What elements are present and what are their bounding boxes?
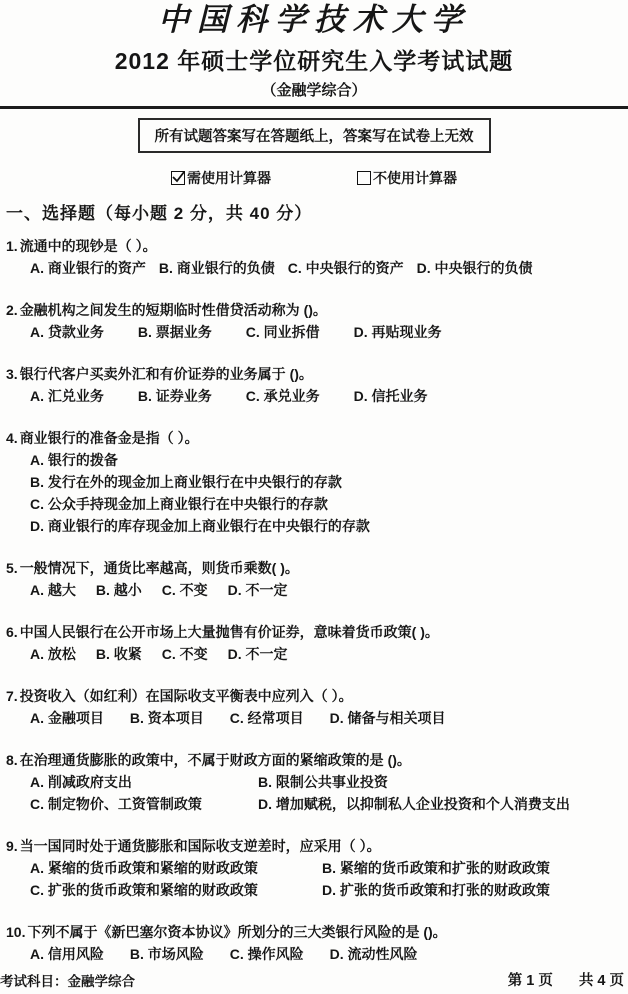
option-row: A. 越大B. 越小C. 不变D. 不一定	[6, 579, 624, 601]
option-row: A. 汇兑业务B. 证券业务C. 承兑业务D. 信托业务	[6, 385, 624, 407]
notice-row: 所有试题答案写在答题纸上，答案写在试卷上无效	[0, 118, 628, 153]
option: D. 信托业务	[354, 385, 428, 407]
question-number: 2.	[6, 302, 18, 318]
question-text: 10.下列不属于《新巴塞尔资本协议》所划分的三大类银行风险的是 ()。	[6, 921, 624, 943]
option: D. 增加赋税，以抑制私人企业投资和个人消费支出	[258, 793, 570, 815]
option: A. 越大	[30, 579, 76, 601]
question-9: 9.当一国同时处于通货膨胀和国际收支逆差时，应采用（ ）。A. 紧缩的货币政策和…	[6, 835, 624, 901]
option: A. 放松	[30, 643, 76, 665]
option: C. 不变	[162, 579, 208, 601]
question-stem: 在治理通货膨胀的政策中，不属于财政方面的紧缩政策的是 ()。	[20, 752, 411, 768]
question-number: 7.	[6, 688, 18, 704]
question-10: 10.下列不属于《新巴塞尔资本协议》所划分的三大类银行风险的是 ()。A. 信用…	[6, 921, 624, 965]
option-row: A. 贷款业务B. 票据业务C. 同业拆借D. 再贴现业务	[6, 321, 624, 343]
option: A. 信用风险	[30, 943, 104, 965]
option: C. 公众手持现金加上商业银行在中央银行的存款	[30, 493, 328, 515]
option: C. 同业拆借	[246, 321, 320, 343]
option: C. 操作风险	[230, 943, 304, 965]
option: D. 商业银行的库存现金加上商业银行在中央银行的存款	[30, 515, 370, 537]
option-row: A. 商业银行的资产B. 商业银行的负债C. 中央银行的资产D. 中央银行的负债	[6, 257, 624, 279]
question-text: 4.商业银行的准备金是指（ ）。	[6, 427, 624, 449]
question-1: 1.流通中的现钞是（ ）。A. 商业银行的资产B. 商业银行的负债C. 中央银行…	[6, 235, 624, 279]
option: B. 票据业务	[138, 321, 212, 343]
footer-subject: 考试科目：金融学综合	[0, 970, 135, 990]
option: D. 扩张的货币政策和打张的财政政策	[322, 879, 550, 901]
option-row: C. 扩张的货币政策和紧缩的财政政策D. 扩张的货币政策和打张的财政政策	[6, 879, 624, 901]
question-stem: 投资收入（如红利）在国际收支平衡表中应列入（ ）。	[20, 688, 353, 704]
calculator-not-required-label: 不使用计算器	[373, 168, 457, 188]
question-number: 10.	[6, 924, 25, 940]
option: C. 中央银行的资产	[288, 257, 404, 279]
footer-total-pages: 共 4 页	[579, 969, 624, 990]
question-stem: 中国人民银行在公开市场上大量抛售有价证券，意味着货币政策( )。	[20, 624, 439, 640]
option: C. 经常项目	[230, 707, 304, 729]
question-number: 3.	[6, 366, 18, 382]
calculator-required-label: 需使用计算器	[187, 168, 271, 188]
footer-page-numbers: 第 1 页 共 4 页	[508, 969, 626, 990]
question-stem: 一般情况下，通货比率越高，则货币乘数( )。	[20, 560, 299, 576]
exam-subject: （金融学综合）	[0, 81, 628, 100]
question-3: 3.银行代客户买卖外汇和有价证券的业务属于 ()。A. 汇兑业务B. 证券业务C…	[6, 363, 624, 407]
question-2: 2.金融机构之间发生的短期临时性借贷活动称为 ()。A. 贷款业务B. 票据业务…	[6, 299, 624, 343]
option-row: C. 制定物价、工资管制政策D. 增加赋税，以抑制私人企业投资和个人消费支出	[6, 793, 624, 815]
question-text: 3.银行代客户买卖外汇和有价证券的业务属于 ()。	[6, 363, 624, 385]
university-title: 中国科学技术大学	[0, 2, 628, 38]
option: B. 市场风险	[130, 943, 204, 965]
option: D. 储备与相关项目	[330, 707, 446, 729]
option: B. 资本项目	[130, 707, 204, 729]
option-row: B. 发行在外的现金加上商业银行在中央银行的存款	[6, 471, 624, 493]
question-text: 2.金融机构之间发生的短期临时性借贷活动称为 ()。	[6, 299, 624, 321]
option-row: A. 信用风险B. 市场风险C. 操作风险D. 流动性风险	[6, 943, 624, 965]
calculator-required-option: 需使用计算器	[171, 168, 271, 188]
unchecked-checkbox-icon	[357, 171, 371, 185]
question-number: 6.	[6, 624, 18, 640]
option: B. 限制公共事业投资	[258, 771, 388, 793]
option: B. 收紧	[96, 643, 142, 665]
option: A. 紧缩的货币政策和紧缩的财政政策	[30, 857, 322, 879]
option-row: A. 放松B. 收紧C. 不变D. 不一定	[6, 643, 624, 665]
option: D. 中央银行的负债	[417, 257, 533, 279]
question-stem: 银行代客户买卖外汇和有价证券的业务属于 ()。	[20, 366, 313, 382]
option: D. 不一定	[228, 643, 288, 665]
option: C. 扩张的货币政策和紧缩的财政政策	[30, 879, 322, 901]
question-number: 9.	[6, 838, 18, 854]
question-number: 8.	[6, 752, 18, 768]
option: C. 制定物价、工资管制政策	[30, 793, 258, 815]
question-number: 1.	[6, 238, 18, 254]
option: D. 不一定	[228, 579, 288, 601]
question-stem: 商业银行的准备金是指（ ）。	[20, 430, 199, 446]
question-text: 8.在治理通货膨胀的政策中，不属于财政方面的紧缩政策的是 ()。	[6, 749, 624, 771]
question-text: 1.流通中的现钞是（ ）。	[6, 235, 624, 257]
option: A. 削减政府支出	[30, 771, 258, 793]
question-stem: 金融机构之间发生的短期临时性借贷活动称为 ()。	[20, 302, 327, 318]
question-stem: 下列不属于《新巴塞尔资本协议》所划分的三大类银行风险的是 ()。	[27, 924, 446, 940]
header-divider	[0, 106, 628, 109]
question-number: 5.	[6, 560, 18, 576]
page-footer: 考试科目：金融学综合 第 1 页 共 4 页	[0, 969, 626, 990]
option: D. 流动性风险	[330, 943, 418, 965]
option-row: A. 削减政府支出B. 限制公共事业投资	[6, 771, 624, 793]
question-8: 8.在治理通货膨胀的政策中，不属于财政方面的紧缩政策的是 ()。A. 削减政府支…	[6, 749, 624, 815]
question-5: 5.一般情况下，通货比率越高，则货币乘数( )。A. 越大B. 越小C. 不变D…	[6, 557, 624, 601]
answer-notice: 所有试题答案写在答题纸上，答案写在试卷上无效	[138, 118, 491, 153]
calculator-not-required-option: 不使用计算器	[357, 168, 457, 188]
question-text: 6.中国人民银行在公开市场上大量抛售有价证券，意味着货币政策( )。	[6, 621, 624, 643]
option: B. 越小	[96, 579, 142, 601]
exam-title: 2012 年硕士学位研究生入学考试试题	[0, 47, 628, 76]
option-row: A. 银行的拨备	[6, 449, 624, 471]
question-stem: 流通中的现钞是（ ）。	[20, 238, 157, 254]
checked-checkbox-icon	[171, 171, 185, 185]
option: A. 银行的拨备	[30, 449, 118, 471]
option: D. 再贴现业务	[354, 321, 442, 343]
section-title: 一、选择题（每小题 2 分，共 40 分）	[0, 202, 628, 226]
option: B. 发行在外的现金加上商业银行在中央银行的存款	[30, 471, 342, 493]
option-row: C. 公众手持现金加上商业银行在中央银行的存款	[6, 493, 624, 515]
option: C. 承兑业务	[246, 385, 320, 407]
option: C. 不变	[162, 643, 208, 665]
question-list: 1.流通中的现钞是（ ）。A. 商业银行的资产B. 商业银行的负债C. 中央银行…	[0, 235, 628, 965]
question-text: 7.投资收入（如红利）在国际收支平衡表中应列入（ ）。	[6, 685, 624, 707]
option: A. 商业银行的资产	[30, 257, 146, 279]
question-text: 5.一般情况下，通货比率越高，则货币乘数( )。	[6, 557, 624, 579]
question-4: 4.商业银行的准备金是指（ ）。A. 银行的拨备B. 发行在外的现金加上商业银行…	[6, 427, 624, 537]
question-stem: 当一国同时处于通货膨胀和国际收支逆差时，应采用（ ）。	[20, 838, 381, 854]
question-number: 4.	[6, 430, 18, 446]
exam-paper-page: 中国科学技术大学 2012 年硕士学位研究生入学考试试题 （金融学综合） 所有试…	[0, 2, 628, 994]
option: B. 商业银行的负债	[159, 257, 275, 279]
question-7: 7.投资收入（如红利）在国际收支平衡表中应列入（ ）。A. 金融项目B. 资本项…	[6, 685, 624, 729]
option: A. 汇兑业务	[30, 385, 104, 407]
question-6: 6.中国人民银行在公开市场上大量抛售有价证券，意味着货币政策( )。A. 放松B…	[6, 621, 624, 665]
option: A. 贷款业务	[30, 321, 104, 343]
option: B. 紧缩的货币政策和扩张的财政政策	[322, 857, 550, 879]
question-text: 9.当一国同时处于通货膨胀和国际收支逆差时，应采用（ ）。	[6, 835, 624, 857]
calculator-options-row: 需使用计算器 不使用计算器	[0, 168, 628, 188]
footer-page: 第 1 页	[508, 969, 553, 990]
option: B. 证券业务	[138, 385, 212, 407]
option-row: A. 金融项目B. 资本项目C. 经常项目D. 储备与相关项目	[6, 707, 624, 729]
option-row: D. 商业银行的库存现金加上商业银行在中央银行的存款	[6, 515, 624, 537]
option: A. 金融项目	[30, 707, 104, 729]
option-row: A. 紧缩的货币政策和紧缩的财政政策B. 紧缩的货币政策和扩张的财政政策	[6, 857, 624, 879]
